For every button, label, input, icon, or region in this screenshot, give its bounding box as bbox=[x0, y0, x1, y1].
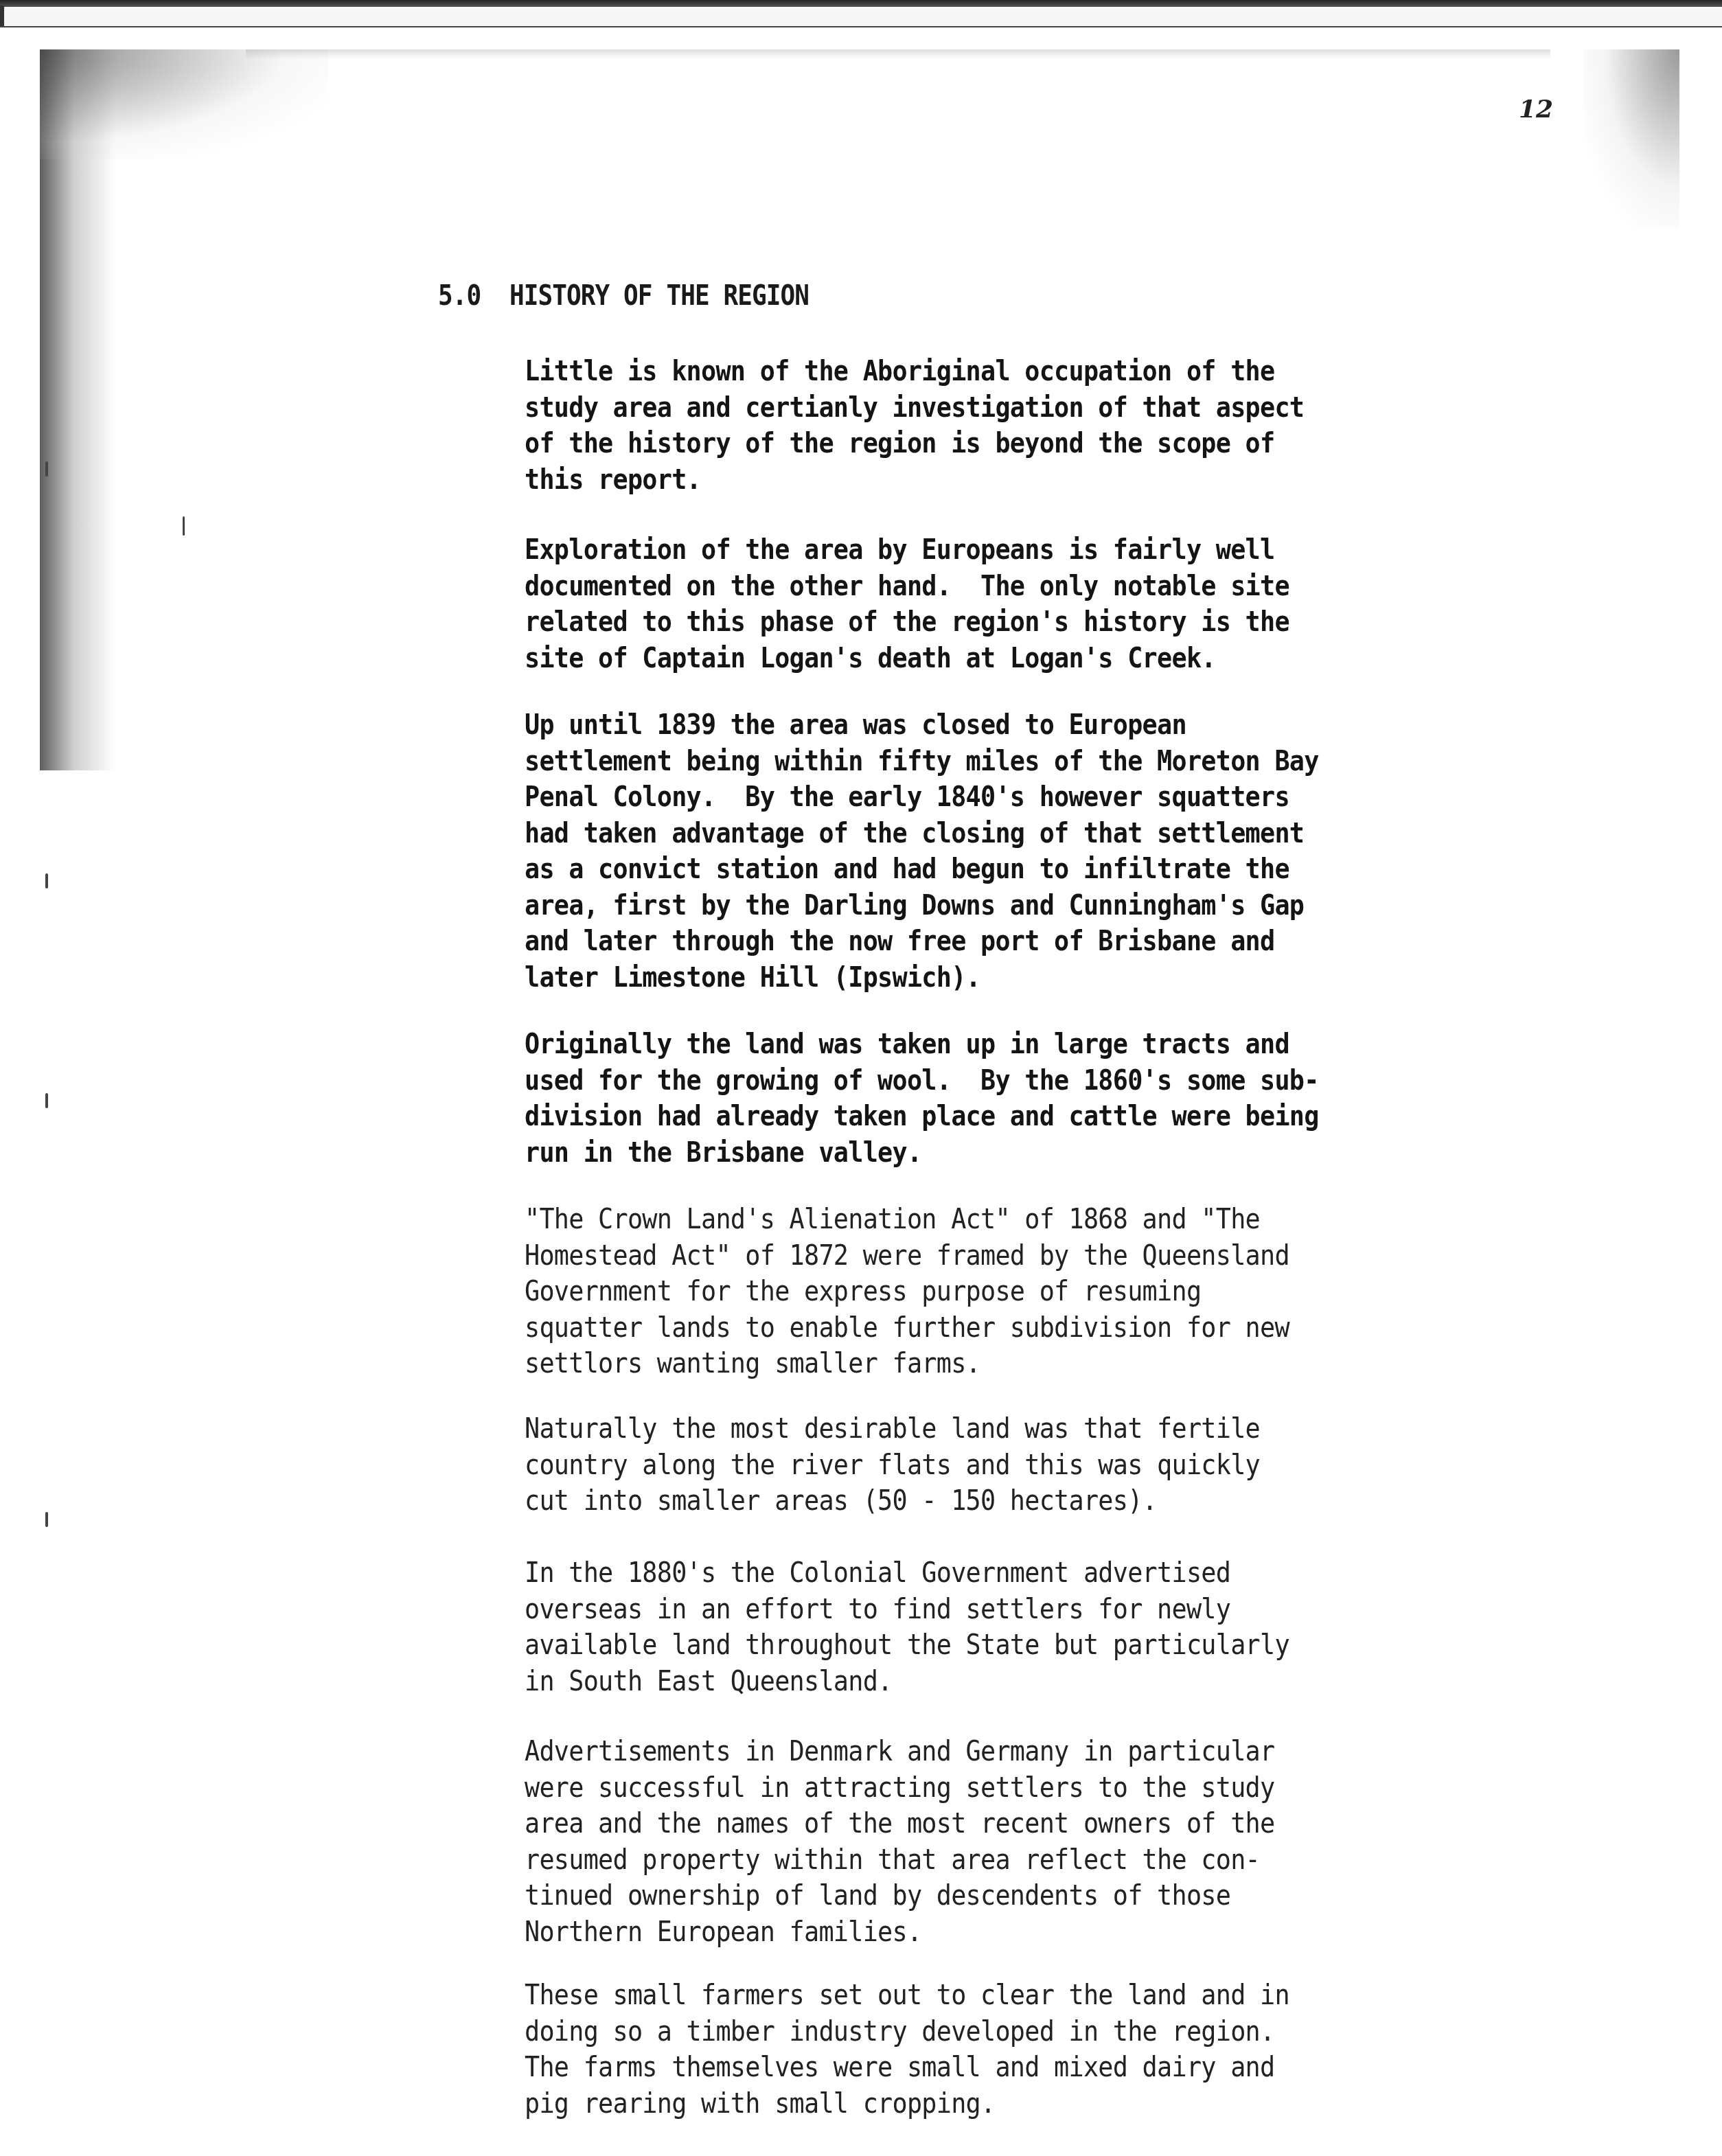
text-line: Naturally the most desirable land was th… bbox=[525, 1411, 1260, 1447]
binding-mark bbox=[45, 873, 48, 888]
text-line: Exploration of the area by Europeans is … bbox=[525, 532, 1289, 569]
paragraph: Exploration of the area by Europeans is … bbox=[525, 532, 1289, 676]
text-line: of the history of the region is beyond t… bbox=[525, 426, 1304, 462]
stray-mark bbox=[183, 516, 185, 536]
text-line: doing so a timber industry developed in … bbox=[525, 2014, 1289, 2050]
paragraph: Originally the land was taken up in larg… bbox=[525, 1027, 1319, 1171]
text-line: country along the river flats and this w… bbox=[525, 1447, 1260, 1484]
scan-shadow-top-left bbox=[40, 49, 328, 159]
text-line: overseas in an effort to find settlers f… bbox=[525, 1592, 1289, 1628]
binding-mark bbox=[45, 1093, 48, 1108]
text-line: Penal Colony. By the early 1840's howeve… bbox=[525, 779, 1319, 816]
paragraph: "The Crown Land's Alienation Act" of 186… bbox=[525, 1202, 1289, 1382]
text-line: were successful in attracting settlers t… bbox=[525, 1770, 1274, 1807]
text-line: Little is known of the Aboriginal occupa… bbox=[525, 354, 1304, 390]
text-line: area and the names of the most recent ow… bbox=[525, 1806, 1274, 1842]
text-line: Advertisements in Denmark and Germany in… bbox=[525, 1734, 1274, 1770]
text-line: Homestead Act" of 1872 were framed by th… bbox=[525, 1238, 1289, 1274]
text-line: documented on the other hand. The only n… bbox=[525, 569, 1289, 605]
text-line: resumed property within that area reflec… bbox=[525, 1842, 1274, 1879]
text-line: division had already taken place and cat… bbox=[525, 1099, 1319, 1135]
text-line: pig rearing with small cropping. bbox=[525, 2086, 1289, 2122]
section-title: HISTORY OF THE REGION bbox=[509, 280, 809, 312]
text-line: used for the growing of wool. By the 186… bbox=[525, 1063, 1319, 1099]
paragraph: Little is known of the Aboriginal occupa… bbox=[525, 354, 1304, 498]
text-line: and later through the now free port of B… bbox=[525, 924, 1319, 960]
text-line: available land throughout the State but … bbox=[525, 1627, 1289, 1664]
paragraph: In the 1880's the Colonial Government ad… bbox=[525, 1555, 1289, 1699]
binding-mark bbox=[45, 1512, 48, 1527]
section-number: 5.0 bbox=[438, 280, 481, 312]
text-line: run in the Brisbane valley. bbox=[525, 1135, 1319, 1171]
text-line: settlement being within fifty miles of t… bbox=[525, 744, 1319, 780]
paragraph: Naturally the most desirable land was th… bbox=[525, 1411, 1260, 1519]
paragraph: Up until 1839 the area was closed to Eur… bbox=[525, 707, 1319, 996]
binding-mark bbox=[45, 461, 48, 477]
page-number: 12 bbox=[1519, 95, 1553, 124]
text-line: study area and certianly investigation o… bbox=[525, 390, 1304, 426]
text-line: as a convict station and had begun to in… bbox=[525, 851, 1319, 888]
text-line: had taken advantage of the closing of th… bbox=[525, 816, 1319, 852]
paragraph: These small farmers set out to clear the… bbox=[525, 1977, 1289, 2122]
text-line: Up until 1839 the area was closed to Eur… bbox=[525, 707, 1319, 744]
scanner-top-bar bbox=[0, 0, 1722, 7]
text-line: In the 1880's the Colonial Government ad… bbox=[525, 1555, 1289, 1592]
text-line: later Limestone Hill (Ipswich). bbox=[525, 960, 1319, 996]
text-line: Originally the land was taken up in larg… bbox=[525, 1027, 1319, 1063]
scanner-edge-left bbox=[0, 5, 4, 26]
section-heading: 5.0 HISTORY OF THE REGION bbox=[438, 280, 809, 312]
text-line: in South East Queensland. bbox=[525, 1664, 1289, 1700]
paragraph: Advertisements in Denmark and Germany in… bbox=[525, 1734, 1274, 1950]
text-line: "The Crown Land's Alienation Act" of 186… bbox=[525, 1202, 1289, 1238]
scan-shadow-top bbox=[246, 49, 1550, 59]
text-line: cut into smaller areas (50 - 150 hectare… bbox=[525, 1483, 1260, 1519]
text-line: site of Captain Logan's death at Logan's… bbox=[525, 641, 1289, 677]
text-line: area, first by the Darling Downs and Cun… bbox=[525, 888, 1319, 924]
text-line: related to this phase of the region's hi… bbox=[525, 604, 1289, 641]
scanner-edge bbox=[0, 7, 1722, 27]
text-line: tinued ownership of land by descendents … bbox=[525, 1878, 1274, 1914]
text-line: The farms themselves were small and mixe… bbox=[525, 2050, 1289, 2086]
text-line: settlors wanting smaller farms. bbox=[525, 1346, 1289, 1382]
text-line: These small farmers set out to clear the… bbox=[525, 1977, 1289, 2014]
text-line: Government for the express purpose of re… bbox=[525, 1274, 1289, 1310]
text-line: Northern European families. bbox=[525, 1914, 1274, 1951]
text-line: this report. bbox=[525, 462, 1304, 498]
scan-shadow-top-right bbox=[1583, 49, 1679, 228]
text-line: squatter lands to enable further subdivi… bbox=[525, 1310, 1289, 1346]
